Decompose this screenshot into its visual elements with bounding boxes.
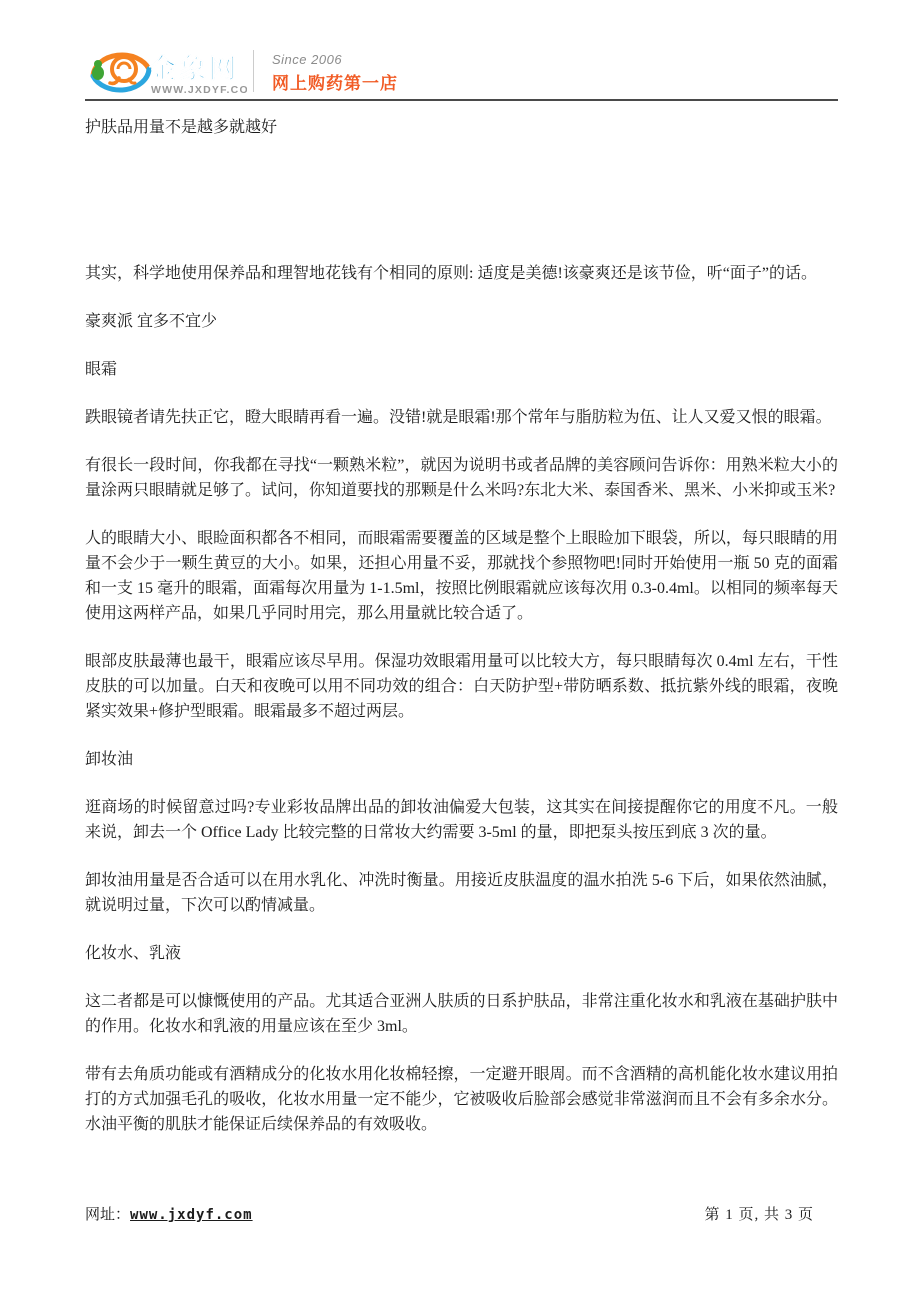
- article-title: 护肤品用量不是越多就越好: [85, 115, 838, 140]
- paragraph-heading-cleansing-oil: 卸妆油: [85, 747, 838, 772]
- paragraph-intro: 其实，科学地使用保养品和理智地花钱有个相同的原则: 适度是美德!该豪爽还是该节俭…: [85, 261, 838, 286]
- paragraph-eyecream-4: 眼部皮肤最薄也最干，眼霜应该尽早用。保湿功效眼霜用量可以比较大方，每只眼睛每次 …: [85, 649, 838, 724]
- article-content: 护肤品用量不是越多就越好 其实，科学地使用保养品和理智地花钱有个相同的原则: 适…: [85, 103, 838, 1160]
- elephant-icon-head: [112, 57, 136, 81]
- paragraph-toner-1: 这二者都是可以慷慨使用的产品。尤其适合亚洲人肤质的日系护肤品，非常注重化妆水和乳…: [85, 989, 838, 1039]
- logo-domain-text: WWW.JXDYF.COM: [151, 84, 247, 96]
- paragraph-eyecream-1: 跌眼镜者请先扶正它，瞪大眼睛再看一遍。没错!就是眼霜!那个常年与脂肪粒为伍、让人…: [85, 405, 838, 430]
- paragraph-eyecream-3: 人的眼睛大小、眼睑面积都各不相同，而眼霜需要覆盖的区域是整个上眼睑加下眼袋，所以…: [85, 526, 838, 626]
- tagline-block: Since 2006 网上购药第一店: [272, 42, 398, 94]
- site-url-link[interactable]: www.jxdyf.com: [130, 1207, 253, 1223]
- paragraph-cleansing-oil-2: 卸妆油用量是否合适可以在用水乳化、冲洗时衡量。用接近皮肤温度的温水拍洗 5-6 …: [85, 868, 838, 918]
- gourd-icon-body: [92, 66, 104, 80]
- paragraph-heading-toner-lotion: 化妆水、乳液: [85, 941, 838, 966]
- paragraph-eyecream-2: 有很长一段时间，你我都在寻找“一颗熟米粒”，就因为说明书或者品牌的美容顾问告诉你…: [85, 453, 838, 503]
- footer-site: 网址：www.jxdyf.com: [85, 1203, 253, 1224]
- jxdyf-logo: 金象网 WWW.JXDYF.COM: [85, 42, 247, 99]
- title-gap: [85, 140, 838, 261]
- page-header: 金象网 WWW.JXDYF.COM Since 2006 网上购药第一店: [85, 0, 838, 101]
- header-inner: 金象网 WWW.JXDYF.COM Since 2006 网上购药第一店: [85, 42, 398, 99]
- header-divider: [253, 50, 254, 92]
- paragraph-toner-2: 带有去角质功能或有酒精成分的化妆水用化妆棉轻擦，一定避开眼周。而不含酒精的高机能…: [85, 1062, 838, 1137]
- elephant-icon-ear: [118, 63, 130, 69]
- logo-brand-text: 金象网: [149, 53, 239, 84]
- page-number-info: 第 1 页, 共 3 页: [704, 1203, 814, 1224]
- tagline-slogan: 网上购药第一店: [272, 69, 398, 94]
- paragraph-section-haoshuang: 豪爽派 宜多不宜少: [85, 309, 838, 334]
- tagline-since: Since 2006: [272, 52, 398, 67]
- paragraph-cleansing-oil-1: 逛商场的时候留意过吗?专业彩妆品牌出品的卸妆油偏爱大包装，这其实在间接提醒你它的…: [85, 795, 838, 845]
- page-footer: 网址：www.jxdyf.com 第 1 页, 共 3 页: [85, 1203, 838, 1224]
- paragraph-heading-eyecream: 眼霜: [85, 357, 838, 382]
- document-page: 金象网 WWW.JXDYF.COM Since 2006 网上购药第一店 护肤品…: [0, 0, 920, 1302]
- site-url-label: 网址：: [85, 1207, 130, 1223]
